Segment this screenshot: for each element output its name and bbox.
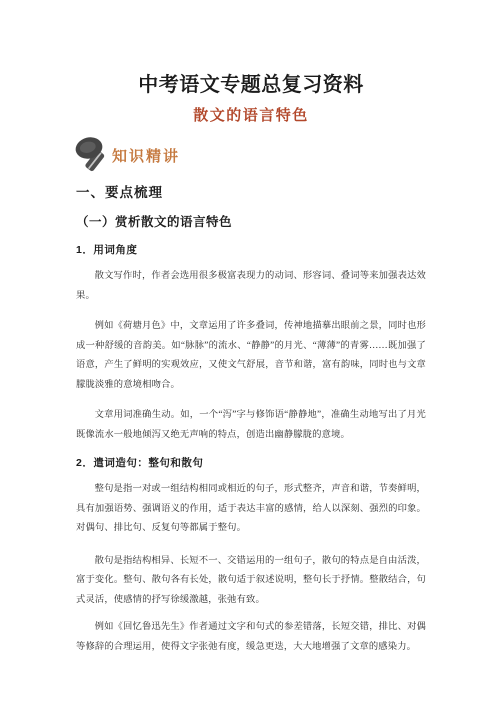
document-title: 中考语文专题总复习资料	[76, 72, 426, 98]
banner-label: 知识精讲	[112, 145, 180, 166]
paragraph-hetang-example: 例如《荷塘月色》中，文章运用了许多叠词，传神地描摹出眼前之景，同时也形成一种舒缓…	[76, 317, 426, 395]
heading-outline: 一、要点梳理	[76, 184, 426, 202]
paragraph-luxun-example: 例如《回忆鲁迅先生》作者通过文字和句式的参差错落，长短交错，排比、对偶等修辞的合…	[76, 618, 426, 657]
document-page: 中考语文专题总复习资料 散文的语言特色 知识精讲 一、要点梳理 （一）赏析散文的…	[0, 0, 499, 706]
paragraph-zhengju-definition: 整句是指一对或一组结构相同或相近的句子，形式整齐，声音和谐，节奏鲜明，具有加强语…	[76, 480, 426, 539]
heading-sentence-building: 2．遣词造句：整句和散句	[76, 456, 426, 470]
paragraph-word-choice-intro: 散文写作时，作者会选用很多极富表现力的动词、形容词、叠词等来加强表达效果。	[76, 267, 426, 306]
document-subtitle: 散文的语言特色	[76, 106, 426, 126]
knowledge-section-banner: 知识精讲	[74, 134, 426, 176]
heading-appreciate-language: （一）赏析散文的语言特色	[76, 214, 426, 230]
paragraph-sanju-definition: 散句是指结构相异、长短不一、交错运用的一组句子，散句的特点是自由活泼，富于变化。…	[76, 552, 426, 611]
heading-word-choice: 1．用词角度	[76, 243, 426, 257]
paragraph-xie-example: 文章用词准确生动。如，一个“泻”字与修饰语“静静地”，准确生动地写出了月光既像流…	[76, 406, 426, 445]
